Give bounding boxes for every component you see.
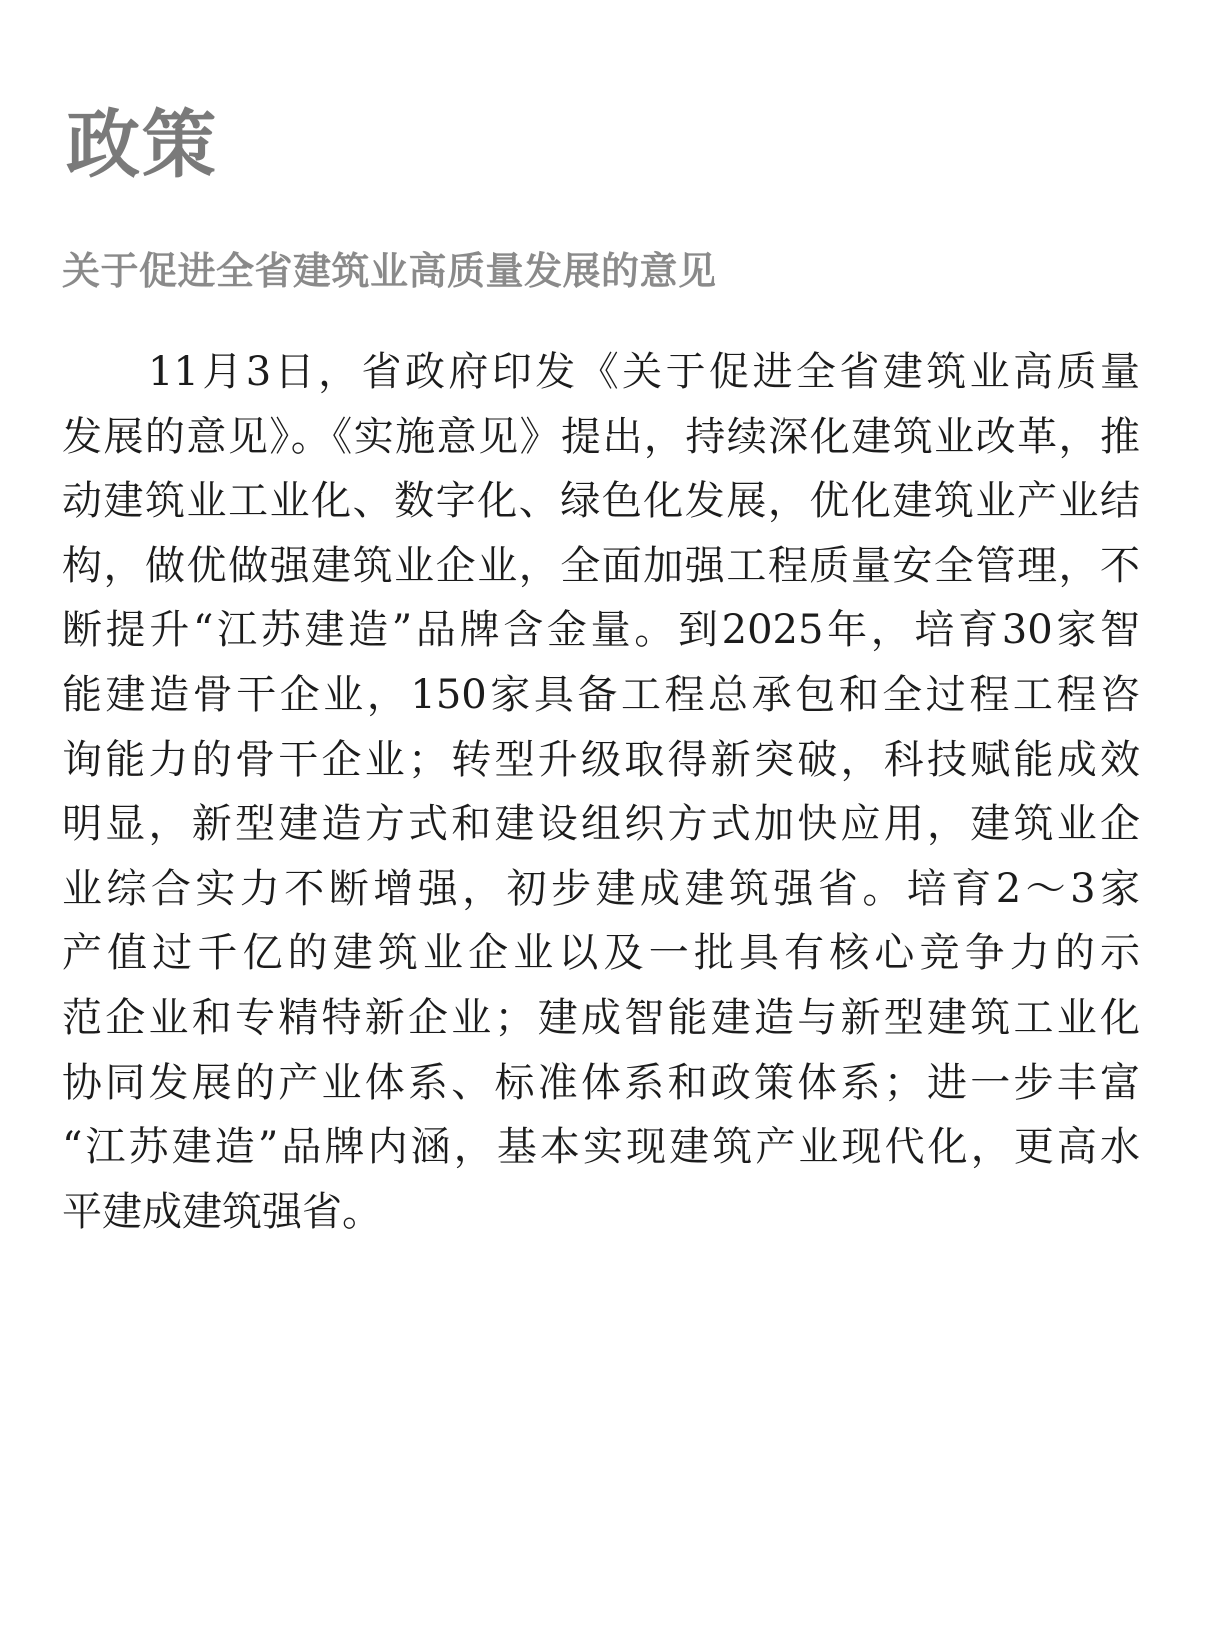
body-line: 协同发展的产业体系、标准体系和政策体系；进一步丰富 — [62, 1051, 1140, 1116]
body-line: 断提升“江苏建造”品牌含金量。到2025年，培育30家智 — [62, 598, 1140, 663]
body-line: 产值过千亿的建筑业企业以及一批具有核心竞争力的示 — [62, 921, 1140, 986]
body-line: 发展的意见》。《实施意见》提出，持续深化建筑业改革，推 — [62, 405, 1140, 470]
body-line: 构，做优做强建筑业企业，全面加强工程质量安全管理，不 — [62, 534, 1140, 599]
body-line: “江苏建造”品牌内涵，基本实现建筑产业现代化，更高水 — [62, 1115, 1140, 1180]
document-page: 政策 关于促进全省建筑业高质量发展的意见 11月3日，省政府印发《关于促进全省建… — [0, 0, 1228, 1642]
body-line: 动建筑业工业化、数字化、绿色化发展，优化建筑业产业结 — [62, 469, 1140, 534]
body-line: 能建造骨干企业，150家具备工程总承包和全过程工程咨 — [62, 663, 1140, 728]
body-line: 11月3日，省政府印发《关于促进全省建筑业高质量 — [62, 340, 1140, 405]
section-heading: 政策 — [66, 100, 218, 190]
body-line: 平建成建筑强省。 — [62, 1180, 1140, 1245]
body-line: 询能力的骨干企业；转型升级取得新突破，科技赋能成效 — [62, 728, 1140, 793]
article-body: 11月3日，省政府印发《关于促进全省建筑业高质量 发展的意见》。《实施意见》提出… — [62, 340, 1152, 1244]
article-title: 关于促进全省建筑业高质量发展的意见 — [62, 248, 717, 294]
body-line: 范企业和专精特新企业；建成智能建造与新型建筑工业化 — [62, 986, 1140, 1051]
body-line: 明显，新型建造方式和建设组织方式加快应用，建筑业企 — [62, 792, 1140, 857]
body-line: 业综合实力不断增强，初步建成建筑强省。培育2～3家 — [62, 857, 1140, 922]
